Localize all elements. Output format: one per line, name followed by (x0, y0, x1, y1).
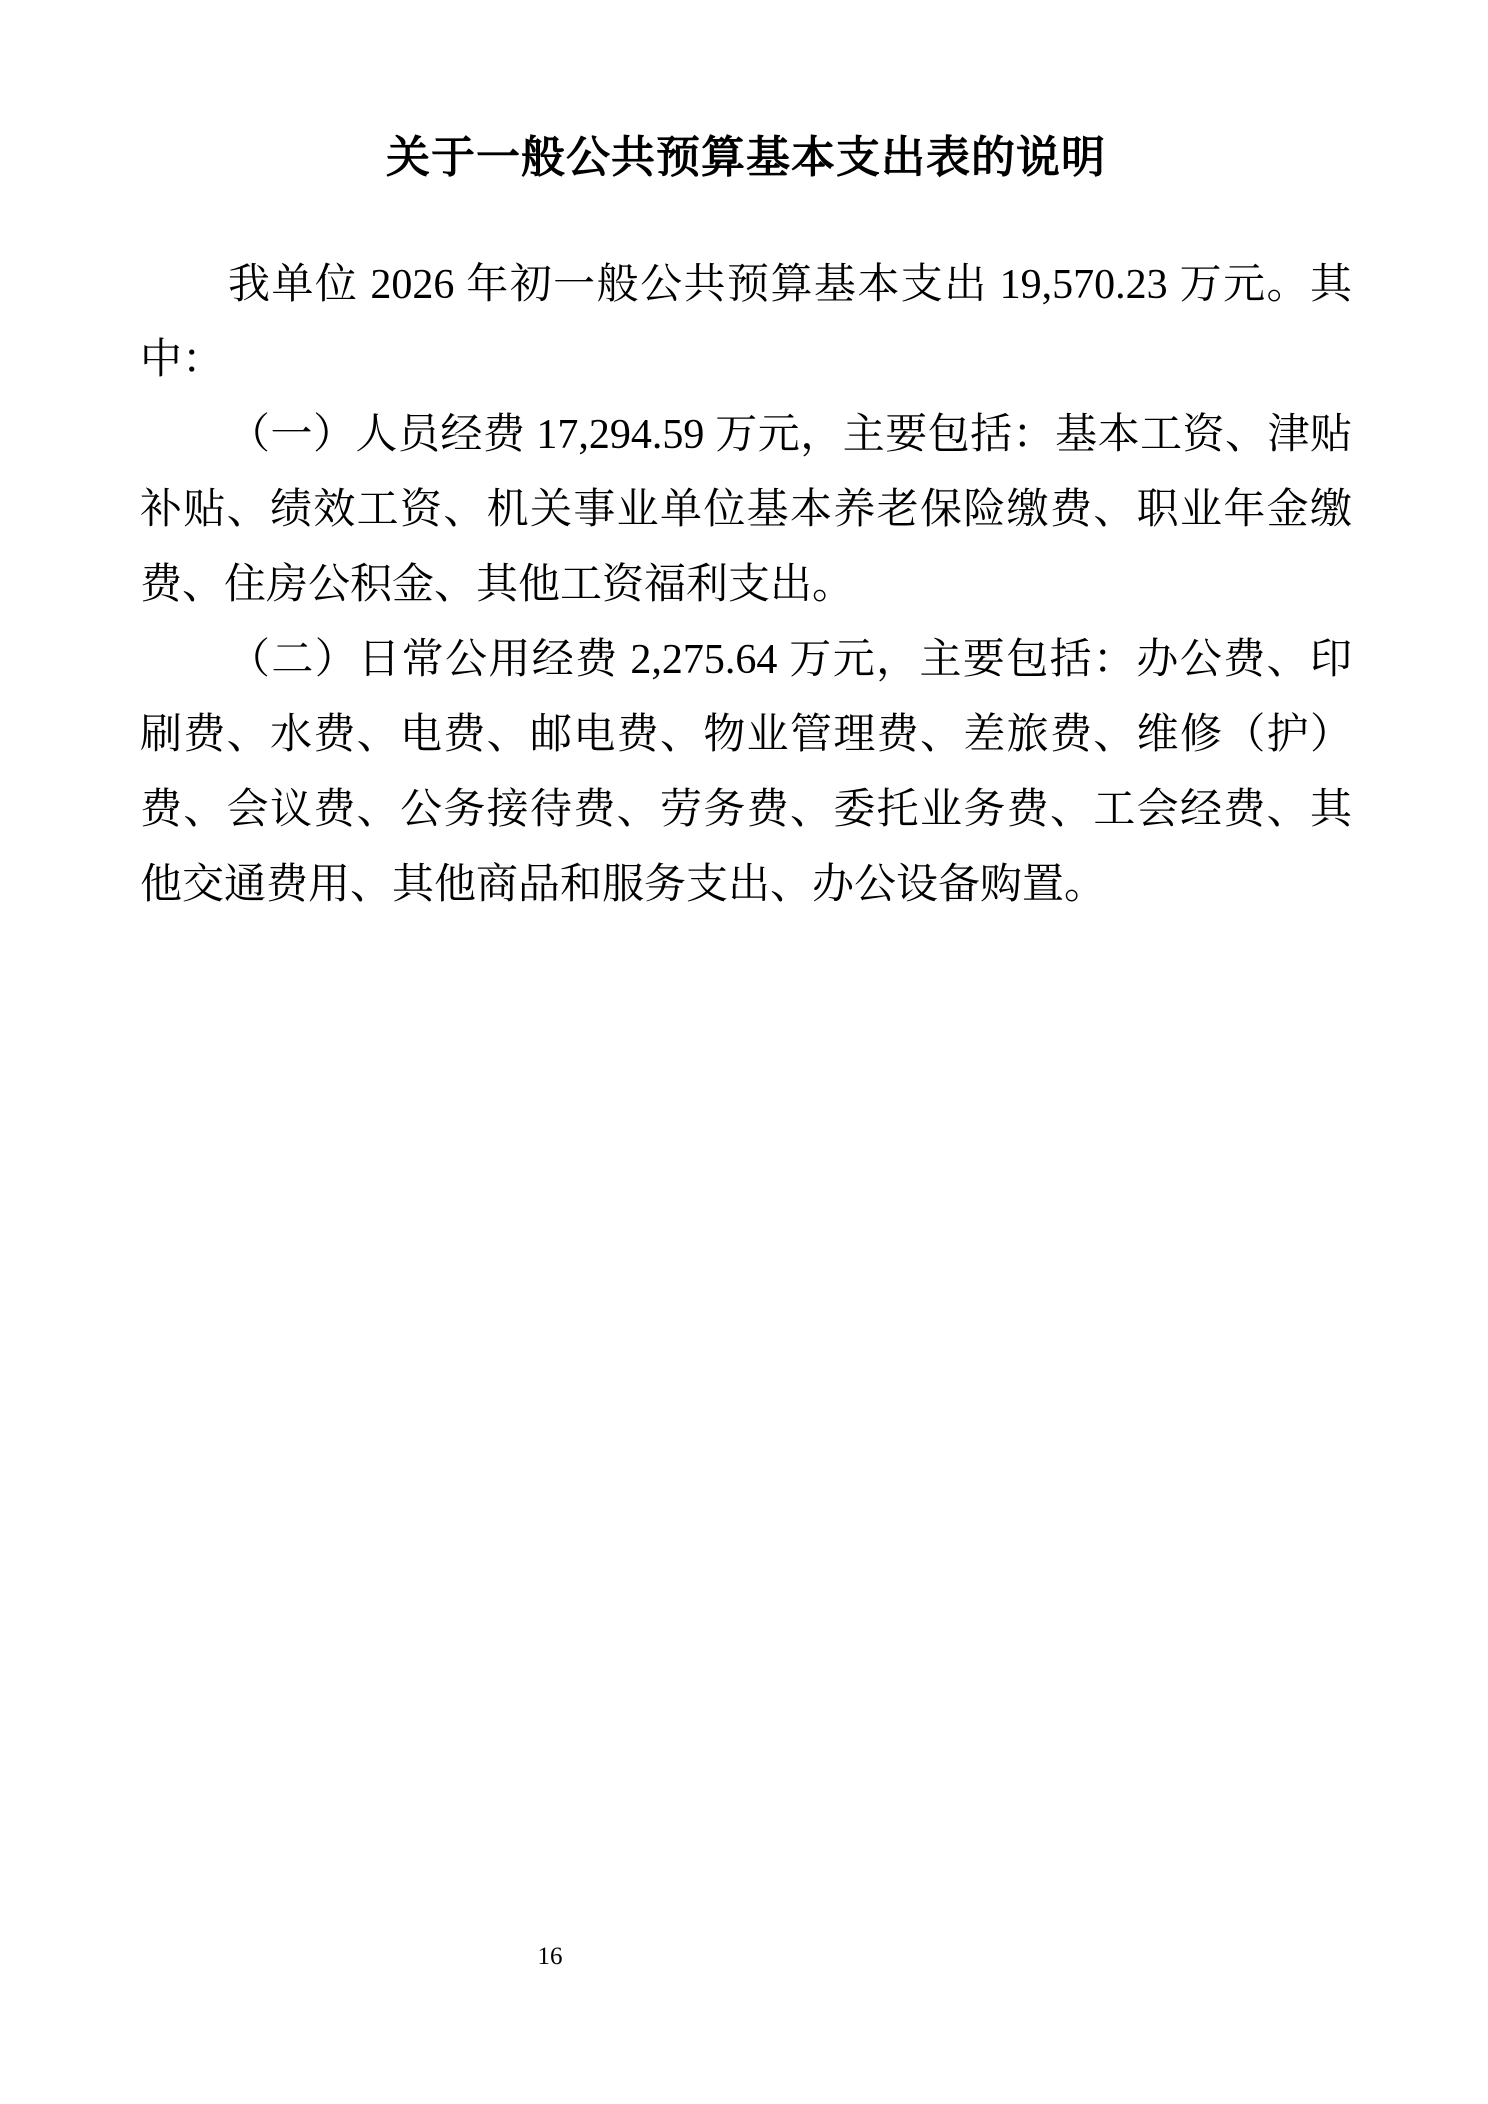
text-line: 费、会议费、公务接待费、劳务费、委托业务费、工会经费、其 (140, 773, 1352, 848)
text-line: 我单位 2026 年初一般公共预算基本支出 19,570.23 万元。其 (140, 248, 1352, 323)
text-line: 补贴、绩效工资、机关事业单位基本养老保险缴费、职业年金缴 (140, 473, 1352, 548)
text-line: （二）日常公用经费 2,275.64 万元，主要包括：办公费、印 (140, 623, 1352, 698)
text-line: 刷费、水费、电费、邮电费、物业管理费、差旅费、维修（护） (140, 698, 1352, 773)
document-title: 关于一般公共预算基本支出表的说明 (140, 118, 1352, 198)
text-line: 他交通费用、其他商品和服务支出、办公设备购置。 (140, 848, 1352, 923)
page-number: 16 (500, 1942, 600, 1972)
text-line: 费、住房公积金、其他工资福利支出。 (140, 548, 1352, 623)
text-line: （一）人员经费 17,294.59 万元，主要包括：基本工资、津贴 (140, 398, 1352, 473)
document-content: 关于一般公共预算基本支出表的说明 我单位 2026 年初一般公共预算基本支出 1… (140, 118, 1352, 923)
document-body: 我单位 2026 年初一般公共预算基本支出 19,570.23 万元。其中：（一… (140, 248, 1352, 923)
document-page: 关于一般公共预算基本支出表的说明 我单位 2026 年初一般公共预算基本支出 1… (0, 0, 1488, 2104)
text-line: 中： (140, 323, 1352, 398)
